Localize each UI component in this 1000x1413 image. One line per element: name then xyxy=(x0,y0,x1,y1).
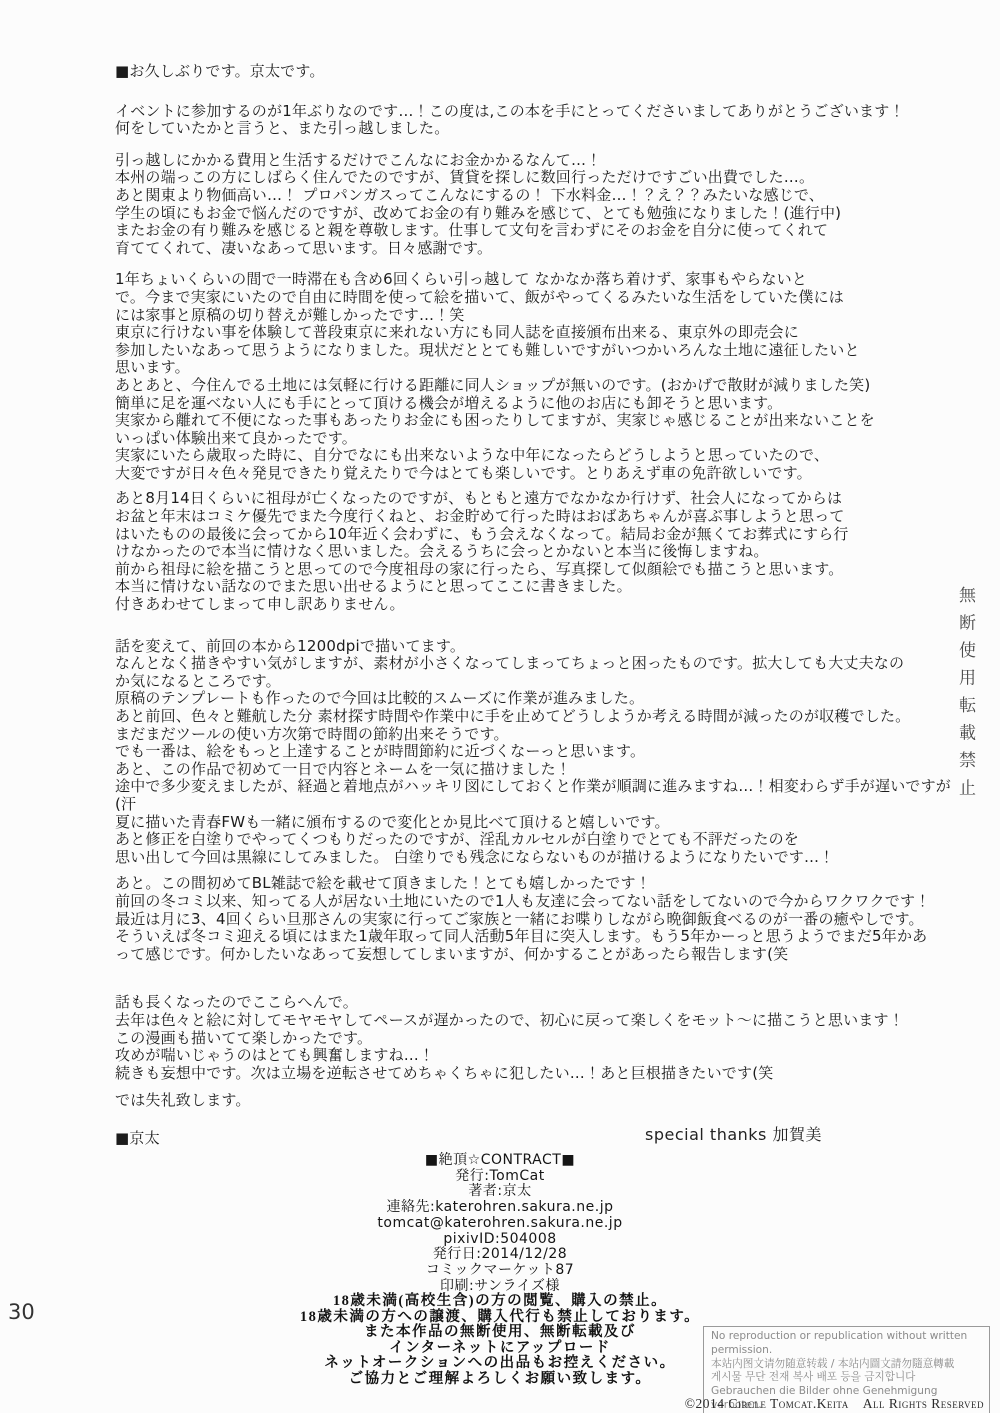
afterword-paragraph-moving-life: 1年ちょいくらいの間で一時滞在も含め6回くらい引っ越して なかなか落ち着けず、家… xyxy=(115,271,953,482)
afterword-paragraph-grandmother: あと8月14日くらいに祖母が亡くなったのですが、もともと遠方でなかなか行けず、社… xyxy=(115,490,953,613)
afterword-paragraph-moving-costs: 引っ越しにかかる費用と生活するだけでこんなにお金かかるなんて…！ 本州の端っこの… xyxy=(115,152,953,258)
copyright-line: ©2014 Circle Tomcat.Keita All Rights Res… xyxy=(685,1392,984,1412)
afterword-closing: では失礼致します。 xyxy=(115,1092,953,1110)
special-thanks: special thanks 加賀美 xyxy=(645,1122,822,1145)
colophon-title: ■絶頂☆CONTRACT■ xyxy=(0,1153,1000,1169)
no-unauthorized-use-vertical-note: 無断使用転載禁止 xyxy=(953,586,978,806)
doujinshi-afterword-page: ■お久しぶりです。京太です。 イベントに参加するのが1年ぶりなのです…！この度は… xyxy=(0,0,1000,1413)
afterword-paragraph-wrap-up: 話も長くなったのでここらへんで。 去年は色々と絵に対してモヤモヤしてペースが遅か… xyxy=(115,994,953,1082)
afterword-paragraph-bl-magazine: あと。この間初めてBL雑誌で絵を載せて頂きました！とても嬉しかったです！ 前回の… xyxy=(115,875,953,963)
afterword-paragraph-greeting: イベントに参加するのが1年ぶりなのです…！この度は,この本を手にとってくださいま… xyxy=(115,103,953,138)
page-number: 30 xyxy=(8,1300,35,1324)
author-signature: ■京太 xyxy=(115,1130,953,1148)
colophon: ■絶頂☆CONTRACT■ 発行:TomCat 著者:京太 連絡先:katero… xyxy=(0,1153,1000,1294)
afterword-heading: ■お久しぶりです。京太です。 xyxy=(115,63,953,81)
colophon-details: 発行:TomCat 著者:京太 連絡先:katerohren.sakura.ne… xyxy=(0,1169,1000,1295)
afterword-paragraph-production-notes: 話を変えて、前回の本から1200dpiで描いてます。 なんとなく描きやすい気がし… xyxy=(115,638,953,867)
afterword-body: ■お久しぶりです。京太です。 イベントに参加するのが1年ぶりなのです…！この度は… xyxy=(115,63,953,1147)
